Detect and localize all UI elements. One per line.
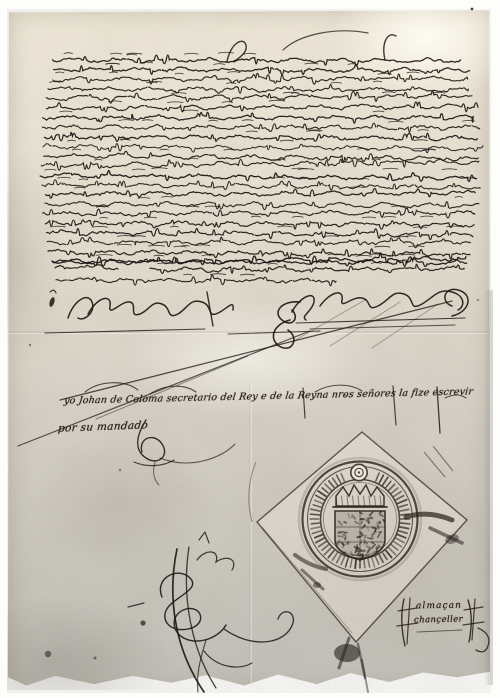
manuscript-body-text [40, 52, 483, 285]
seal-crest-medallion [351, 464, 367, 480]
photograph-frame: yo Johan de Coloma secretario del Rey e … [0, 0, 500, 698]
registrar-mark-line1: almaçan [416, 601, 462, 612]
manuscript-ink-layer [0, 0, 500, 698]
registrar-mark-line2: chançeller [414, 615, 463, 626]
notary-rubric [128, 532, 293, 692]
royal-wax-seal [299, 458, 421, 580]
